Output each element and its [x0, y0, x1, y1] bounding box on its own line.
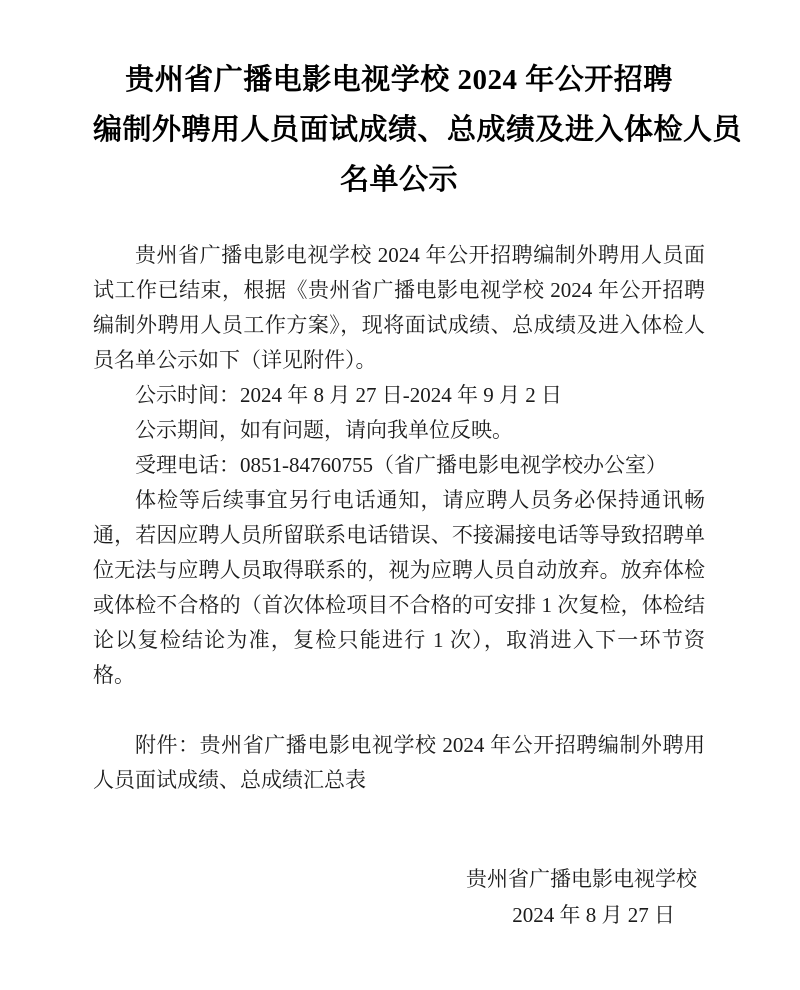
paragraph-attachment: 附件：贵州省广播电影电视学校 2024 年公开招聘编制外聘用人员面试成绩、总成绩… [93, 728, 705, 798]
document-title-line-3: 名单公示 [93, 155, 705, 205]
document-title-line-1: 贵州省广播电影电视学校 2024 年公开招聘 [93, 55, 705, 105]
signature-date: 2024 年 8 月 27 日 [93, 897, 705, 933]
paragraph-feedback-note: 公示期间，如有问题，请向我单位反映。 [93, 413, 705, 448]
paragraph-intro: 贵州省广播电影电视学校 2024 年公开招聘编制外聘用人员面试工作已结束，根据《… [93, 238, 705, 378]
paragraph-publicity-time: 公示时间：2024 年 8 月 27 日-2024 年 9 月 2 日 [93, 378, 705, 413]
document-page: 贵州省广播电影电视学校 2024 年公开招聘 编制外聘用人员面试成绩、总成绩及进… [0, 0, 800, 990]
document-title-line-2: 编制外聘用人员面试成绩、总成绩及进入体检人员 [93, 105, 705, 155]
paragraph-medical-exam-notice: 体检等后续事宜另行电话通知，请应聘人员务必保持通讯畅通，若因应聘人员所留联系电话… [93, 483, 705, 693]
signature-organization: 贵州省广播电影电视学校 [93, 861, 705, 897]
signature-block: 贵州省广播电影电视学校 2024 年 8 月 27 日 [93, 861, 705, 933]
document-title: 贵州省广播电影电视学校 2024 年公开招聘 编制外聘用人员面试成绩、总成绩及进… [93, 55, 705, 205]
document-body: 贵州省广播电影电视学校 2024 年公开招聘编制外聘用人员面试工作已结束，根据《… [93, 238, 705, 798]
paragraph-contact-phone: 受理电话：0851-84760755（省广播电影电视学校办公室） [93, 448, 705, 483]
